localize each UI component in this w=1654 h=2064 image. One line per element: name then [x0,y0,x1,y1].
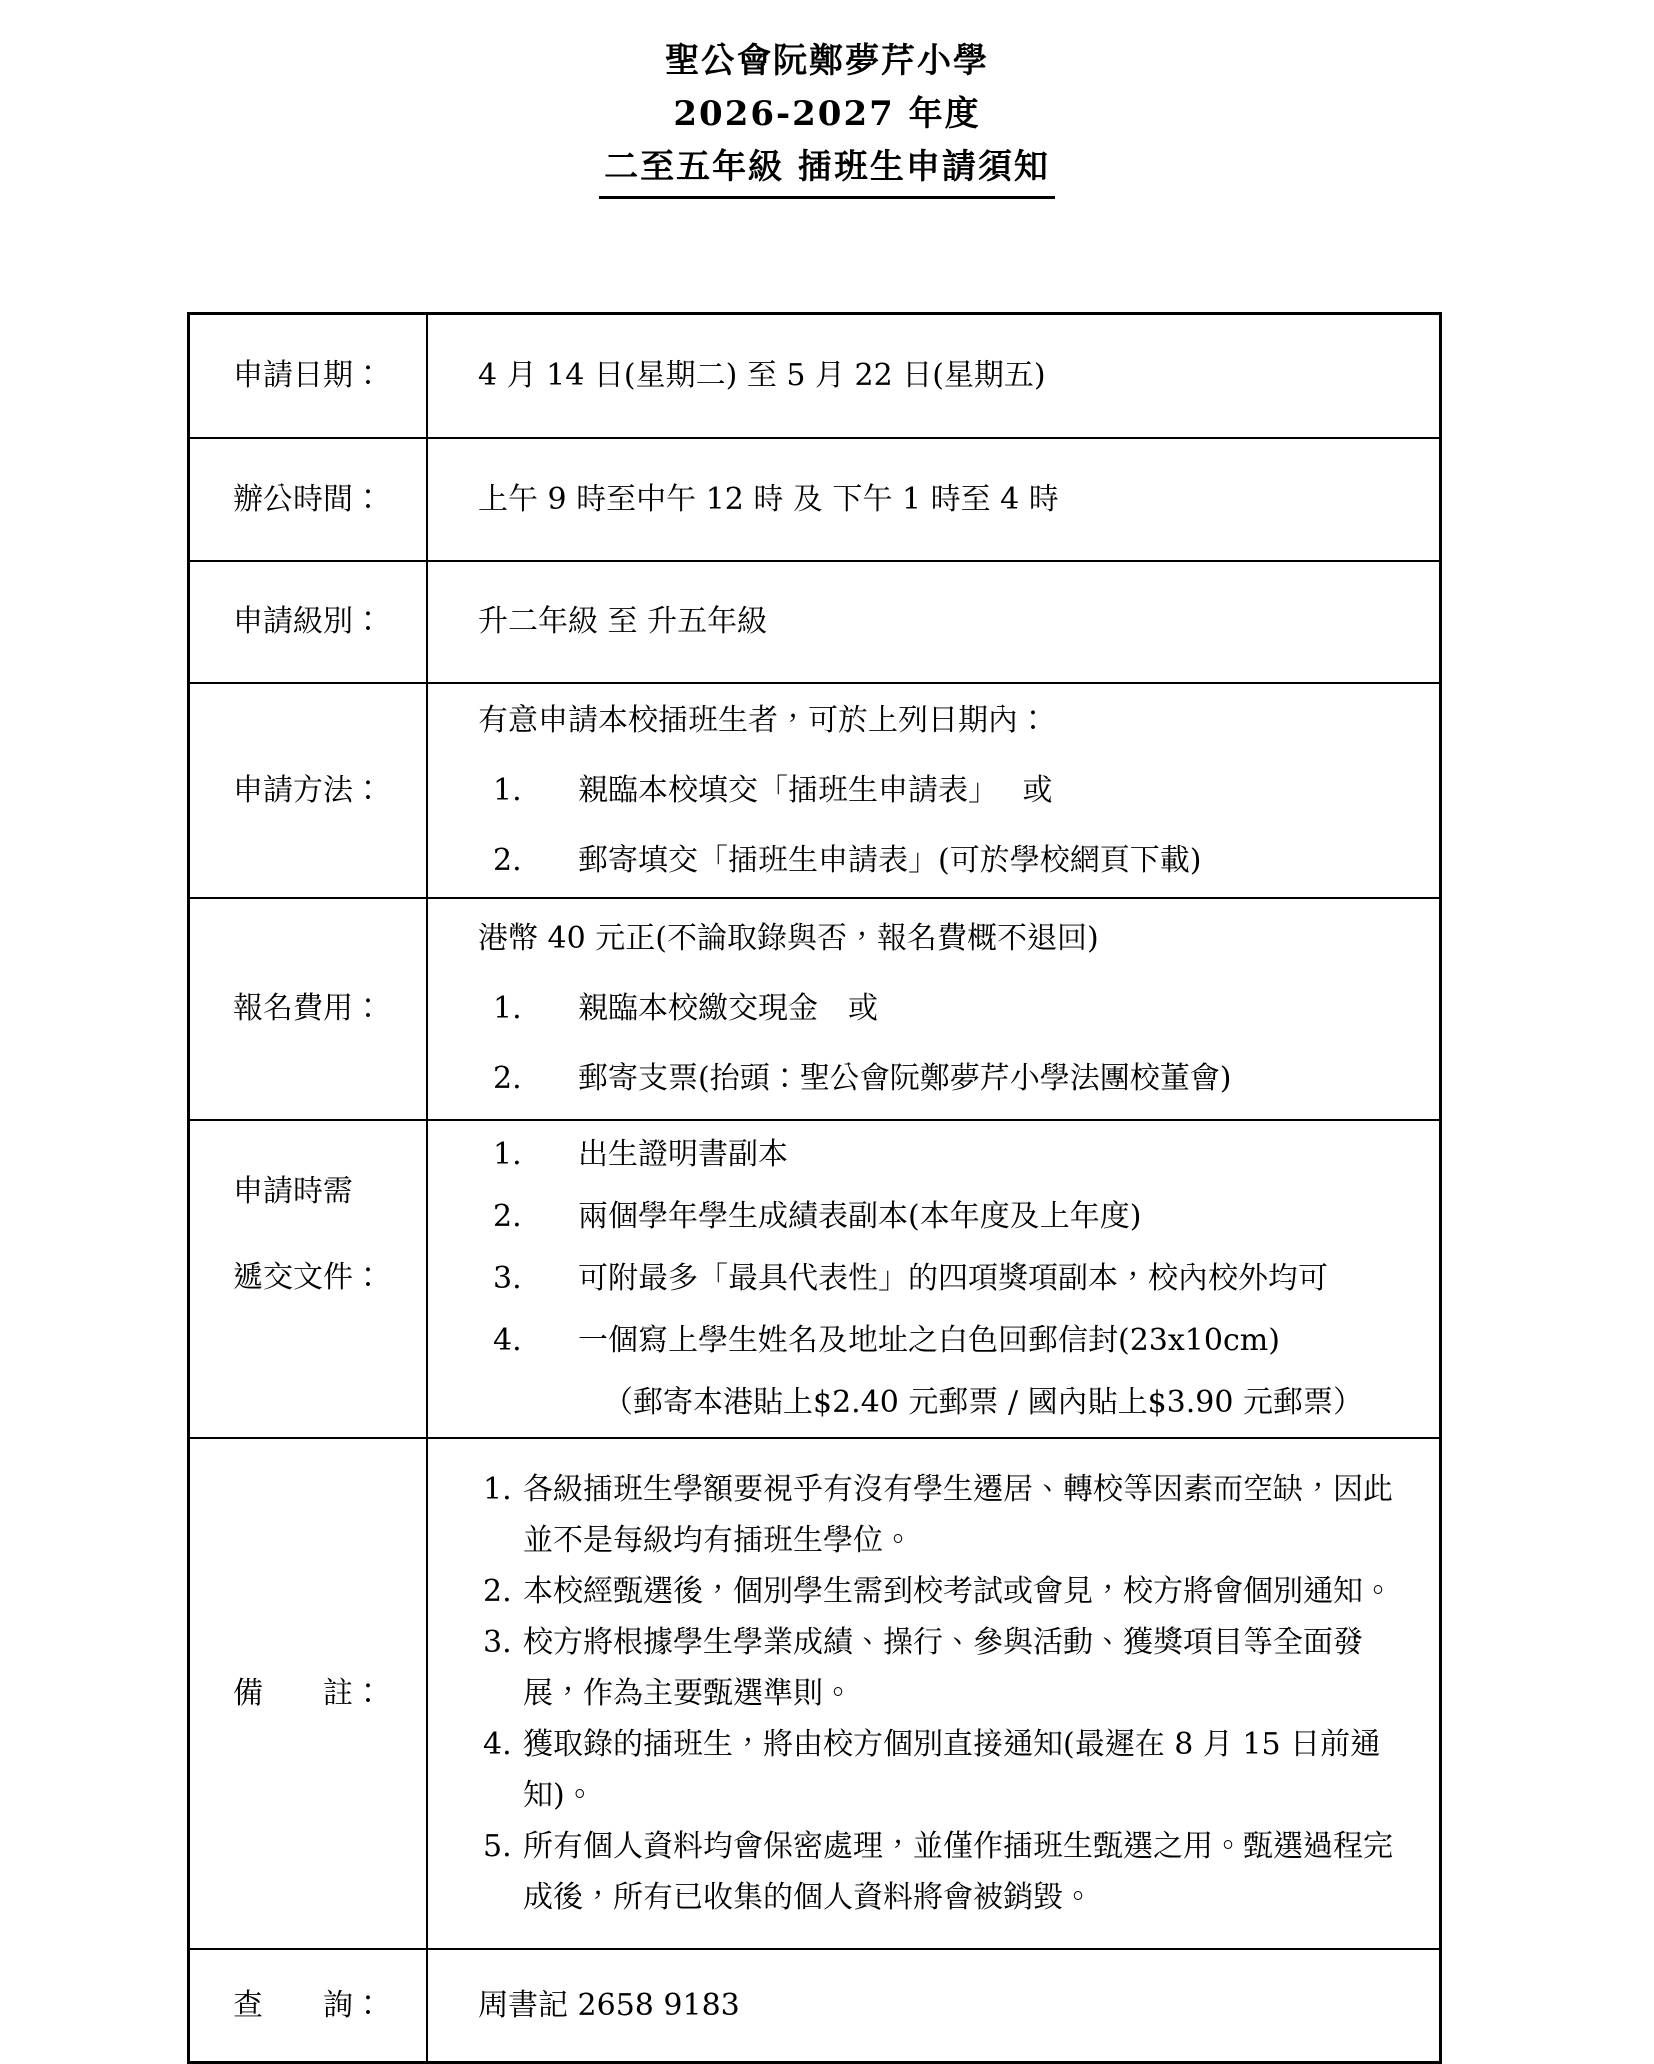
application-fee-content: 港幣 40 元正(不論取錄與否，報名費概不退回)1.親臨本校繳交現金 或2.郵寄… [428,899,1439,1119]
table-row-application-date: 申請日期：4 月 14 日(星期二) 至 5 月 22 日(星期五) [190,315,1439,437]
required-documents-content: 1.出生證明書副本2.兩個學年學生成績表副本(本年度及上年度)3.可附最多「最具… [428,1121,1439,1437]
application-method-content: 有意申請本校插班生者，可於上列日期內：1.親臨本校填交「插班生申請表」 或2.郵… [428,684,1439,897]
application-date-text-1: 4 月 14 日(星期二) 至 5 月 22 日(星期五) [478,356,1394,396]
item-text: 各級插班生學額要視乎有沒有學生遷居、轉校等因素而空缺，因此並不是每級均有插班生學… [523,1464,1394,1566]
application-method-label-line: 申請方法： [233,770,426,812]
table-row-application-method: 申請方法：有意申請本校插班生者，可於上列日期內：1.親臨本校填交「插班生申請表」… [190,682,1439,897]
item-text: 郵寄填交「插班生申請表」(可於學校網頁下載) [578,841,1394,881]
enquiries-text-1: 周書記 2658 9183 [478,1986,1394,2026]
enquiries-content: 周書記 2658 9183 [428,1950,1439,2061]
application-date-label-line: 申請日期： [233,355,426,397]
remarks-content: 1.各級插班生學額要視乎有沒有學生遷居、轉校等因素而空缺，因此並不是每級均有插班… [428,1439,1439,1948]
application-levels-content: 升二年級 至 升五年級 [428,562,1439,682]
application-date-label: 申請日期： [190,315,428,437]
office-hours-label-line: 辦公時間： [233,479,426,521]
document-page: 聖公會阮鄭夢芹小學 2026-2027 年度 二至五年級 插班生申請須知 申請日… [0,0,1654,2064]
application-fee-label-line: 報名費用： [233,988,426,1030]
school-name: 聖公會阮鄭夢芹小學 [0,38,1654,84]
required-documents-item-3: 3.可附最多「最具代表性」的四項獎項副本，校內校外均可 [478,1259,1394,1299]
item-number: 1. [493,771,578,811]
application-fee-item-3: 2.郵寄支票(抬頭：聖公會阮鄭夢芹小學法團校董會) [478,1059,1394,1099]
required-documents-item-2: 2.兩個學年學生成績表副本(本年度及上年度) [478,1197,1394,1237]
item-text: 出生證明書副本 [578,1135,1394,1175]
item-text: 親臨本校繳交現金 或 [578,989,1394,1029]
item-text: 親臨本校填交「插班生申請表」 或 [578,771,1394,811]
item-text: 可附最多「最具代表性」的四項獎項副本，校內校外均可 [578,1259,1394,1299]
item-number: 2. [483,1566,523,1617]
application-levels-label: 申請級別： [190,562,428,682]
application-fee-text-1: 港幣 40 元正(不論取錄與否，報名費概不退回) [478,919,1394,959]
application-levels-text-1: 升二年級 至 升五年級 [478,602,1394,642]
document-subject: 二至五年級 插班生申請須知 [0,144,1654,199]
item-number: 5. [483,1821,523,1923]
application-fee-item-2: 1.親臨本校繳交現金 或 [478,989,1394,1029]
remarks-label: 備 註： [190,1439,428,1948]
item-text: 本校經甄選後，個別學生需到校考試或會見，校方將會個別通知。 [523,1566,1394,1617]
document-header: 聖公會阮鄭夢芹小學 2026-2027 年度 二至五年級 插班生申請須知 [0,0,1654,199]
table-row-application-fee: 報名費用：港幣 40 元正(不論取錄與否，報名費概不退回)1.親臨本校繳交現金 … [190,897,1439,1119]
application-levels-label-line: 申請級別： [233,601,426,643]
remarks-item-2: 2.本校經甄選後，個別學生需到校考試或會見，校方將會個別通知。 [478,1566,1394,1617]
remarks-item-3: 3.校方將根據學生學業成績、操行、參與活動、獲獎項目等全面發展，作為主要甄選準則… [478,1617,1394,1719]
item-number: 1. [493,1135,578,1175]
document-subject-text: 二至五年級 插班生申請須知 [599,144,1055,199]
required-documents-subtext-5: （郵寄本港貼上$2.40 元郵票 / 國內貼上$3.90 元郵票） [478,1383,1394,1423]
item-number: 2. [493,841,578,881]
remarks-item-1: 1.各級插班生學額要視乎有沒有學生遷居、轉校等因素而空缺，因此並不是每級均有插班… [478,1464,1394,1566]
item-text: 郵寄支票(抬頭：聖公會阮鄭夢芹小學法團校董會) [578,1059,1394,1099]
item-number: 3. [493,1259,578,1299]
required-documents-item-1: 1.出生證明書副本 [478,1135,1394,1175]
item-text: 校方將根據學生學業成績、操行、參與活動、獲獎項目等全面發展，作為主要甄選準則。 [523,1617,1394,1719]
remarks-item-4: 4.獲取錄的插班生，將由校方個別直接通知(最遲在 8 月 15 日前通知)。 [478,1719,1394,1821]
item-number: 4. [483,1719,523,1821]
table-row-enquiries: 查 詢：周書記 2658 9183 [190,1948,1439,2061]
item-text: 兩個學年學生成績表副本(本年度及上年度) [578,1197,1394,1237]
office-hours-text-1: 上午 9 時至中午 12 時 及 下午 1 時至 4 時 [478,480,1394,520]
item-number: 4. [493,1321,578,1361]
application-method-label: 申請方法： [190,684,428,897]
application-date-content: 4 月 14 日(星期二) 至 5 月 22 日(星期五) [428,315,1439,437]
notice-table: 申請日期：4 月 14 日(星期二) 至 5 月 22 日(星期五)辦公時間：上… [187,312,1442,2064]
required-documents-label-line: 申請時需 [233,1149,426,1235]
application-fee-label: 報名費用： [190,899,428,1119]
required-documents-item-4: 4.一個寫上學生姓名及地址之白色回郵信封(23x10cm) [478,1321,1394,1361]
remarks-item-5: 5.所有個人資料均會保密處理，並僅作插班生甄選之用。甄選過程完成後，所有已收集的… [478,1821,1394,1923]
item-text: 一個寫上學生姓名及地址之白色回郵信封(23x10cm) [578,1321,1394,1361]
office-hours-label: 辦公時間： [190,439,428,560]
office-hours-content: 上午 9 時至中午 12 時 及 下午 1 時至 4 時 [428,439,1439,560]
remarks-label-line: 備 註： [233,1673,426,1715]
table-row-application-levels: 申請級別：升二年級 至 升五年級 [190,560,1439,682]
enquiries-label-line: 查 詢： [233,1985,426,2027]
table-row-office-hours: 辦公時間：上午 9 時至中午 12 時 及 下午 1 時至 4 時 [190,437,1439,560]
application-method-item-2: 1.親臨本校填交「插班生申請表」 或 [478,771,1394,811]
item-number: 2. [493,1197,578,1237]
item-number: 1. [483,1464,523,1566]
table-row-remarks: 備 註：1.各級插班生學額要視乎有沒有學生遷居、轉校等因素而空缺，因此並不是每級… [190,1437,1439,1948]
item-number: 2. [493,1059,578,1099]
required-documents-label-line: 遞交文件： [233,1235,426,1321]
item-number: 3. [483,1617,523,1719]
application-method-item-3: 2.郵寄填交「插班生申請表」(可於學校網頁下載) [478,841,1394,881]
school-year: 2026-2027 年度 [0,91,1654,137]
item-text: 所有個人資料均會保密處理，並僅作插班生甄選之用。甄選過程完成後，所有已收集的個人… [523,1821,1394,1923]
item-text: 獲取錄的插班生，將由校方個別直接通知(最遲在 8 月 15 日前通知)。 [523,1719,1394,1821]
item-number: 1. [493,989,578,1029]
application-method-text-1: 有意申請本校插班生者，可於上列日期內： [478,701,1394,741]
enquiries-label: 查 詢： [190,1950,428,2061]
table-row-required-documents: 申請時需遞交文件：1.出生證明書副本2.兩個學年學生成績表副本(本年度及上年度)… [190,1119,1439,1437]
required-documents-label: 申請時需遞交文件： [190,1121,428,1437]
